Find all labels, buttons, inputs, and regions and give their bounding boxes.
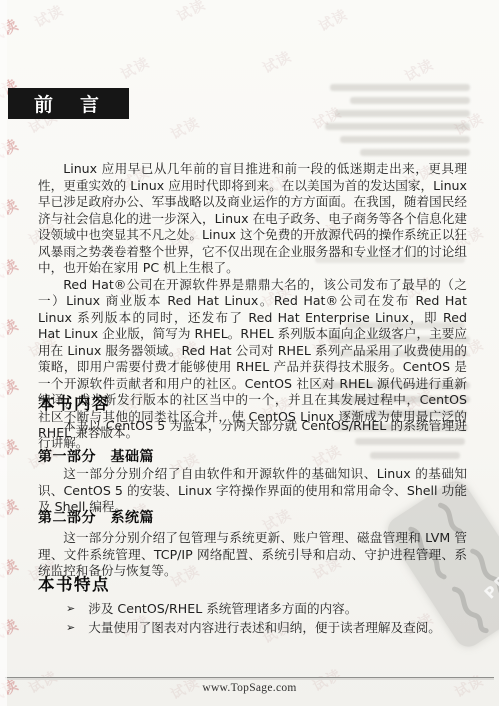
feature-item-text: 涉及 CentOS/RHEL 系统管理诸多方面的内容。 (88, 601, 357, 616)
page-content: 前 言 Linux 应用早已从几年前的盲目推进和前一段的低迷期走出来，更具理性，… (0, 0, 499, 706)
list-item: ➢ 大量使用了图表对内容进行表述和归纳，便于读者理解及查阅。 (66, 620, 468, 635)
scanned-book-page: PDG 试读试读试读试读试读试读试读试读试读试读试读试读试读试读试读试读试读试读… (0, 0, 499, 706)
footer-divider (5, 677, 494, 680)
section-heading-book-contents: 本书内容 (38, 390, 110, 414)
preface-title: 前 言 (34, 90, 103, 117)
section-heading-part2: 第二部分 系统篇 (38, 507, 154, 527)
footer-website-url: www.TopSage.com (0, 682, 499, 694)
section-heading-part1: 第一部分 基础篇 (38, 446, 154, 466)
preface-title-banner: 前 言 (8, 88, 129, 119)
list-item: ➢ 涉及 CentOS/RHEL 系统管理诸多方面的内容。 (66, 601, 468, 616)
feature-item-text: 大量使用了图表对内容进行表述和归纳，便于读者理解及查阅。 (88, 620, 441, 635)
arrow-bullet-icon: ➢ (66, 601, 75, 616)
intro-paragraph-1: Linux 应用早已从几年前的盲目推进和前一段的低迷期走出来，更具理性，更重实效… (38, 161, 467, 277)
section-heading-book-features: 本书特点 (38, 571, 110, 595)
arrow-bullet-icon: ➢ (66, 620, 75, 635)
features-list: ➢ 涉及 CentOS/RHEL 系统管理诸多方面的内容。 ➢ 大量使用了图表对… (66, 601, 468, 639)
intro-paragraph-2: Red Hat®公司在开源软件界是鼎鼎大名的，该公司发布了最早的（之一）Linu… (38, 277, 467, 442)
